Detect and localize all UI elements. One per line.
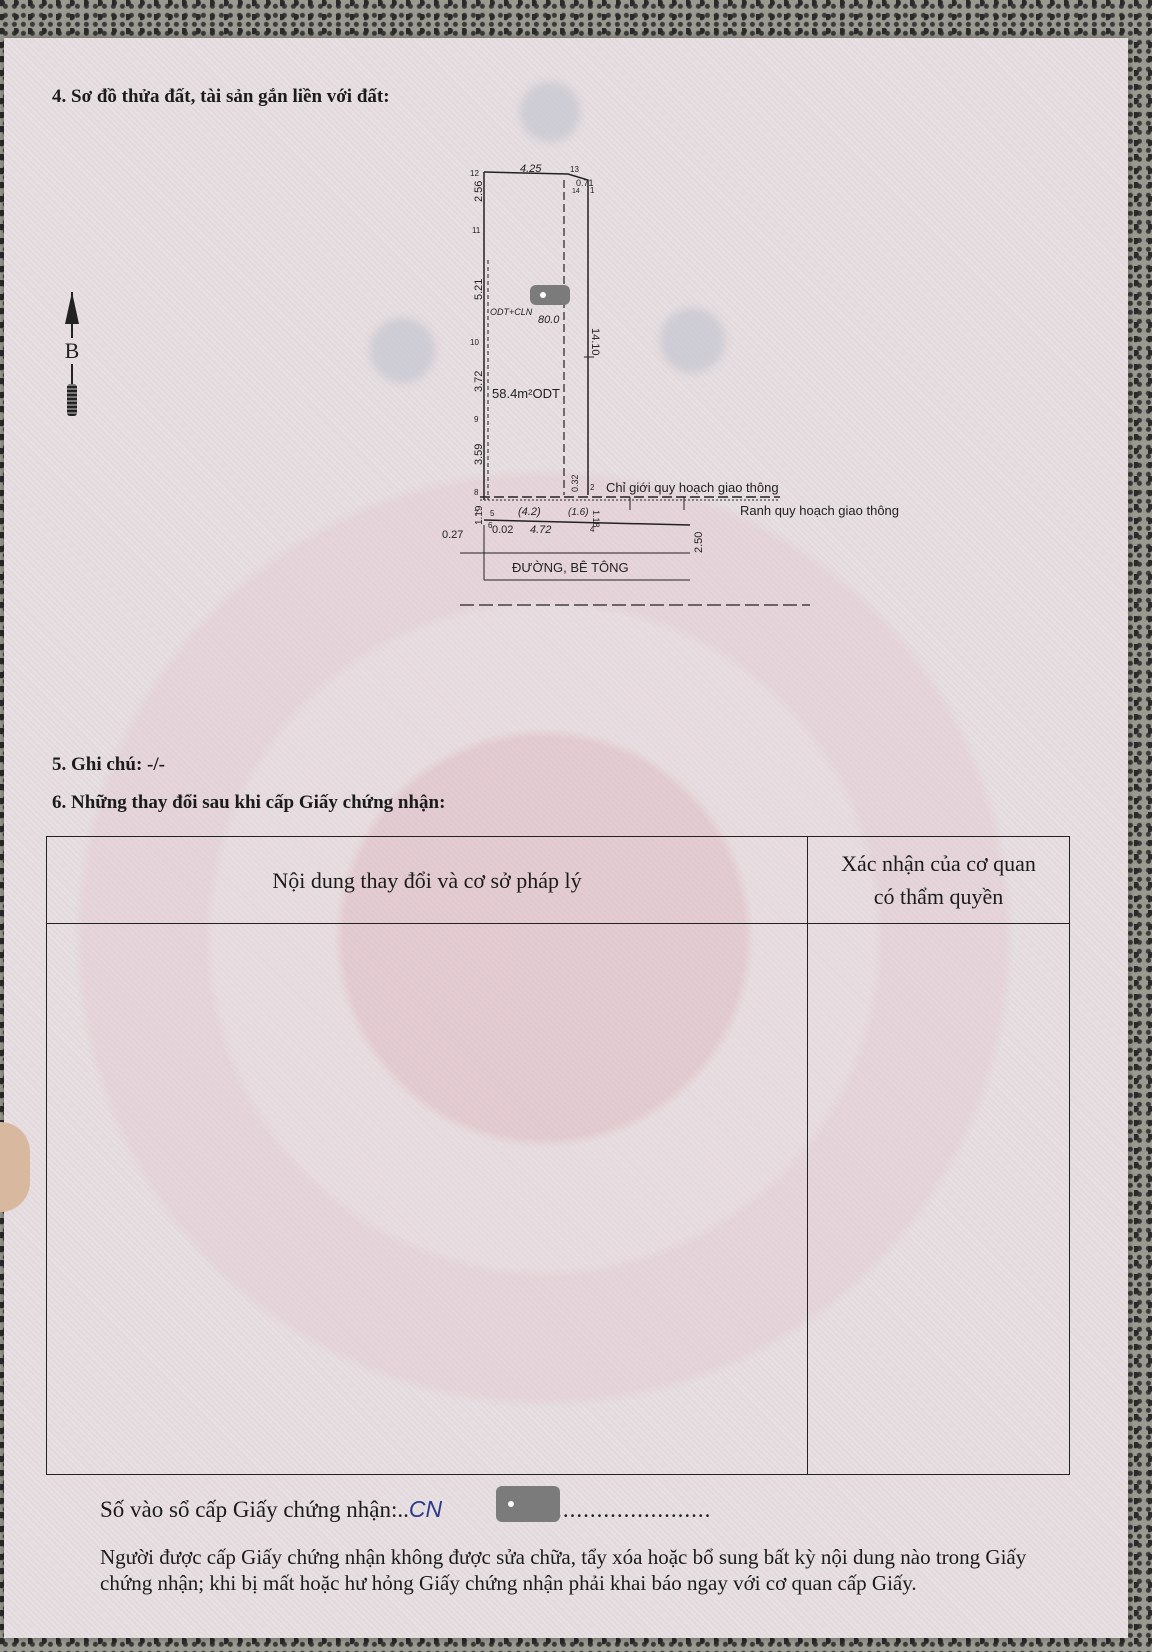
section-6-heading: 6. Những thay đổi sau khi cấp Giấy chứng…: [52, 792, 445, 814]
svg-text:11: 11: [472, 226, 481, 235]
svg-text:ĐƯỜNG, BÊ TÔNG: ĐƯỜNG, BÊ TÔNG: [512, 560, 629, 575]
svg-text:2: 2: [590, 483, 595, 492]
svg-text:80.0: 80.0: [538, 314, 560, 326]
changes-table: Nội dung thay đổi và cơ sở pháp lý Xác n…: [46, 836, 1070, 1475]
svg-text:13: 13: [570, 165, 579, 174]
svg-text:0.27: 0.27: [442, 529, 463, 541]
notice-text: Người được cấp Giấy chứng nhận không đượ…: [100, 1544, 1060, 1597]
table-row: [47, 924, 1070, 1475]
registry-handwritten: CN: [409, 1496, 442, 1522]
svg-text:4.25: 4.25: [520, 163, 542, 175]
svg-text:(4.2): (4.2): [518, 506, 541, 518]
registry-label: Số vào sổ cấp Giấy chứng nhận:..: [100, 1497, 409, 1522]
svg-text:58.4m²ODT: 58.4m²ODT: [492, 386, 560, 401]
svg-text:0.71: 0.71: [576, 178, 594, 188]
svg-text:2.56: 2.56: [473, 181, 485, 202]
blurred-stamp: [520, 82, 580, 142]
svg-text:ODT+CLN: ODT+CLN: [490, 307, 533, 317]
confirmation-cell: [808, 924, 1070, 1475]
svg-text:10: 10: [470, 338, 479, 347]
svg-text:2.50: 2.50: [693, 532, 705, 553]
svg-text:3.72: 3.72: [473, 371, 485, 392]
svg-text:3.59: 3.59: [473, 444, 485, 465]
svg-text:(1.6): (1.6): [568, 507, 589, 518]
col-confirmation-header: Xác nhận của cơ quan có thẩm quyền: [808, 837, 1070, 924]
redaction-mark: [496, 1486, 560, 1522]
svg-text:14.10: 14.10: [589, 328, 601, 356]
svg-text:1.19: 1.19: [474, 505, 485, 525]
change-content-cell: [47, 924, 808, 1475]
svg-text:Ranh quy hoạch giao thông: Ranh quy hoạch giao thông: [740, 503, 899, 518]
svg-text:5.21: 5.21: [473, 279, 485, 300]
svg-text:12: 12: [470, 169, 479, 178]
blurred-stamp: [370, 318, 435, 383]
north-letter: B: [62, 338, 82, 364]
section-4-heading: 4. Sơ đồ thửa đất, tài sản gắn liền với …: [52, 86, 390, 108]
svg-text:14: 14: [572, 188, 580, 195]
redaction-mark: [530, 285, 570, 305]
registry-number-line: Số vào sổ cấp Giấy chứng nhận:..CN......…: [100, 1496, 711, 1523]
svg-text:4.72: 4.72: [530, 524, 551, 536]
section-5-heading: 5. Ghi chú: -/-: [52, 754, 165, 776]
svg-text:0.02: 0.02: [492, 524, 513, 536]
svg-text:9: 9: [474, 415, 479, 424]
svg-text:8: 8: [474, 488, 479, 497]
land-plot-sketch: 12 13 1 14 11 10 9 8 2 5 7 6 4 4.25 0.71…: [440, 160, 940, 620]
north-arrow-icon: B: [62, 292, 82, 417]
col-content-header: Nội dung thay đổi và cơ sở pháp lý: [47, 837, 808, 924]
svg-text:Chỉ giới quy hoạch giao thông: Chỉ giới quy hoạch giao thông: [606, 480, 779, 495]
svg-text:5: 5: [490, 509, 495, 518]
svg-text:0.32: 0.32: [570, 474, 580, 492]
svg-text:1.18: 1.18: [591, 510, 601, 528]
